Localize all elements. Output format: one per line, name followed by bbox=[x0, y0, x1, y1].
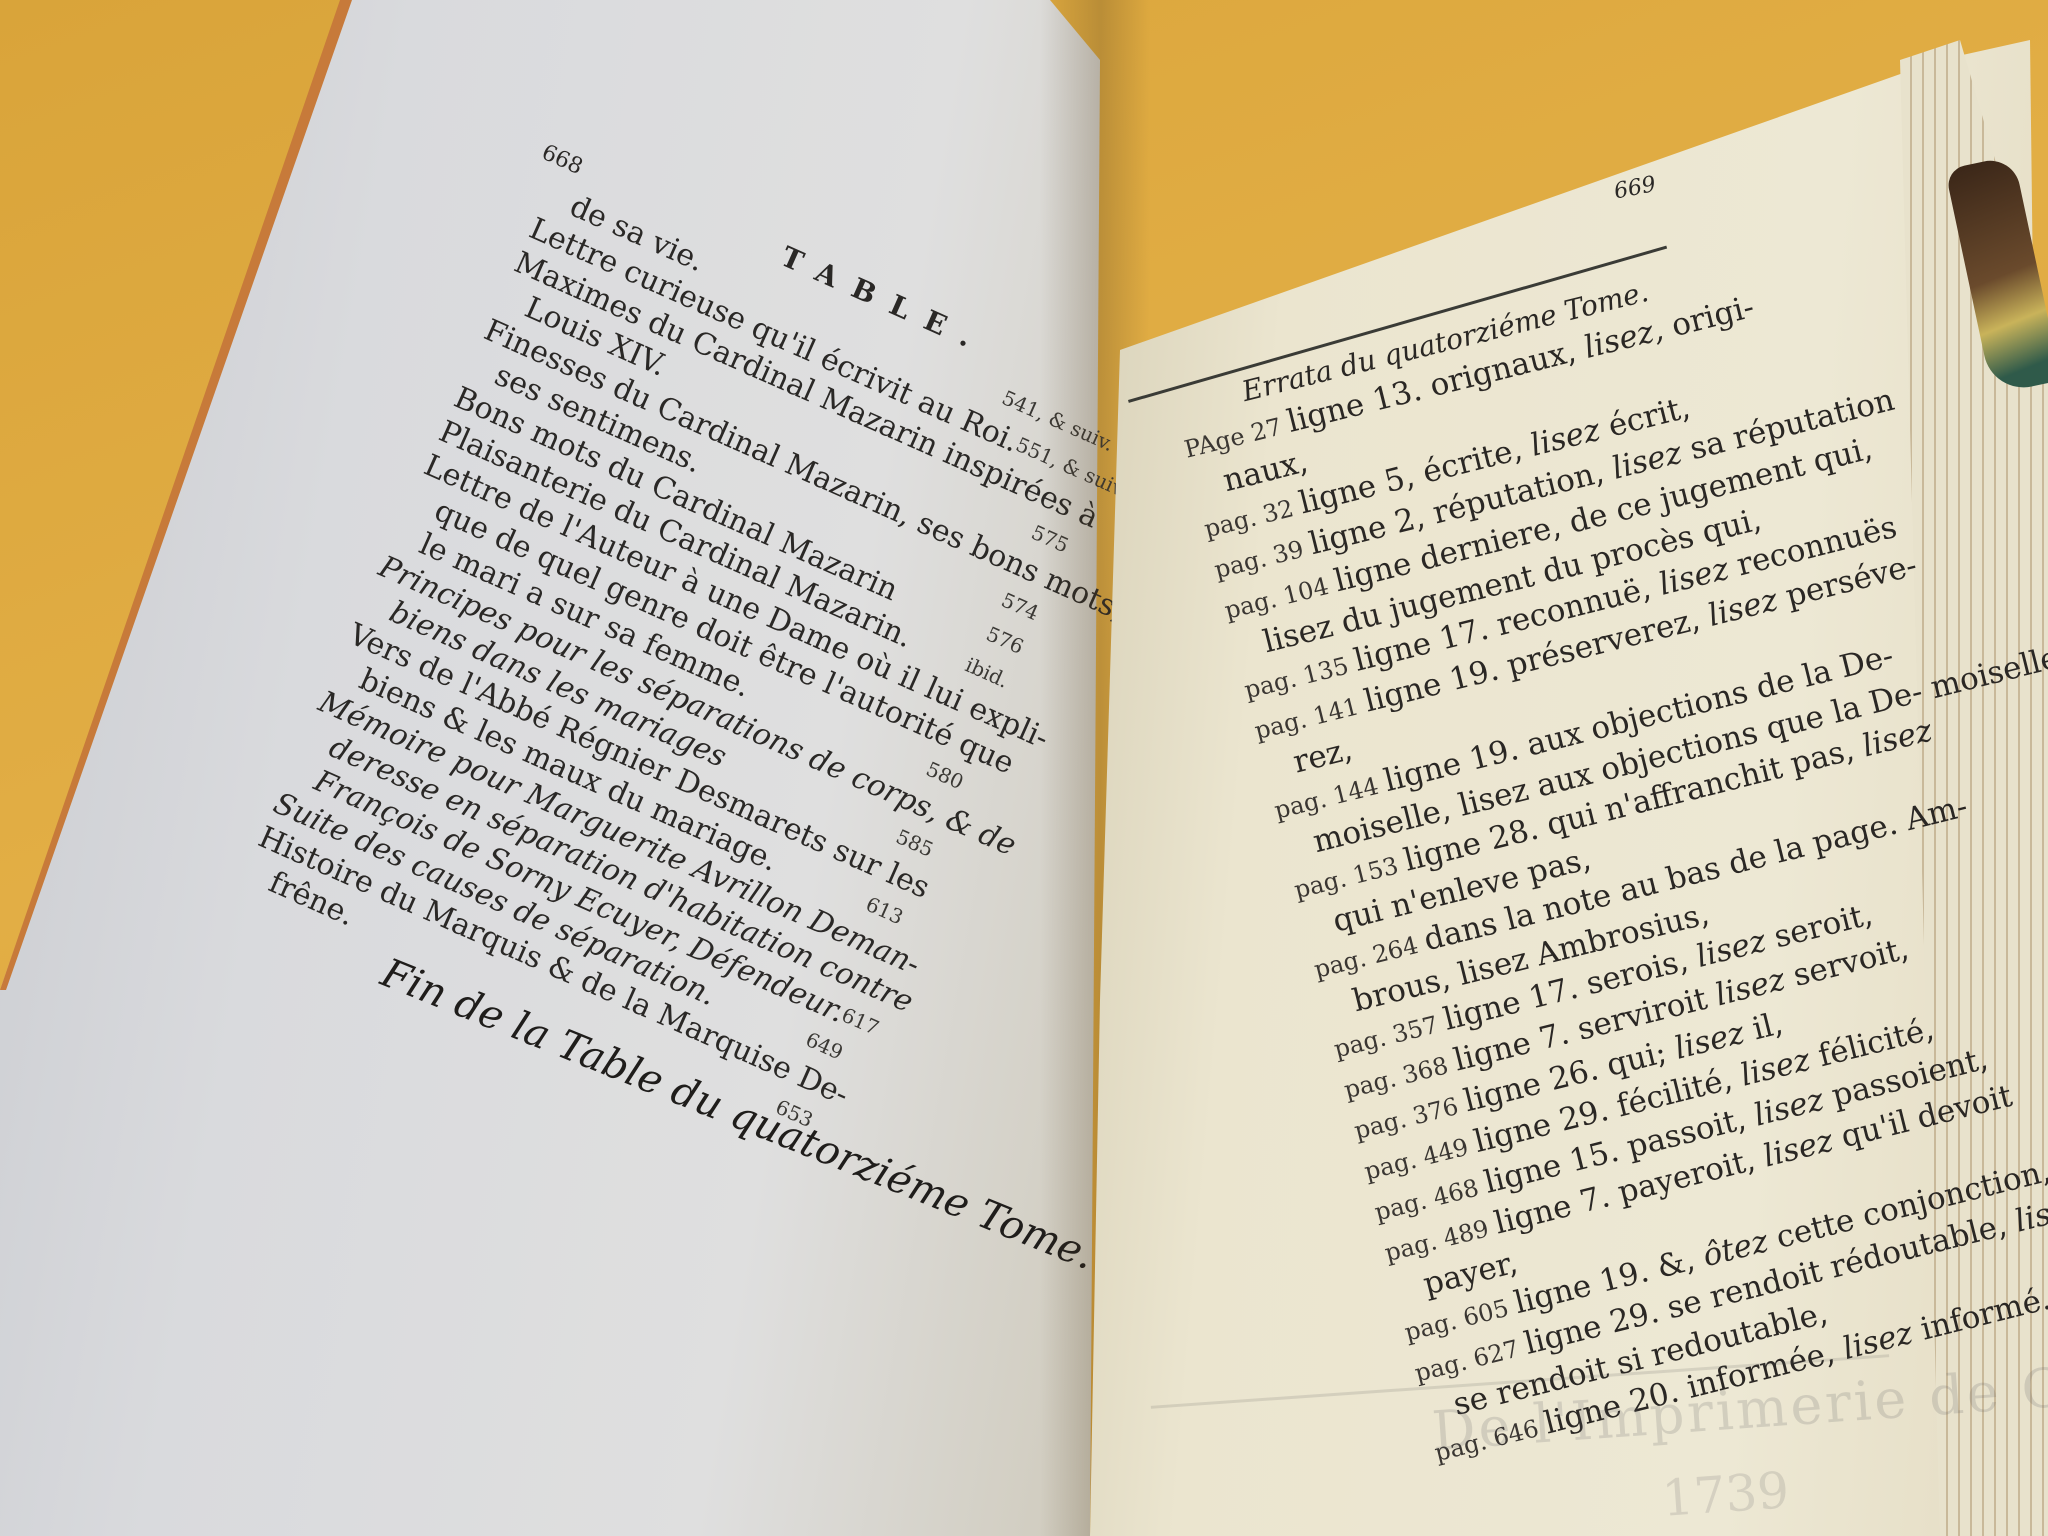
show-through-year: 1739 bbox=[1660, 1461, 1791, 1528]
